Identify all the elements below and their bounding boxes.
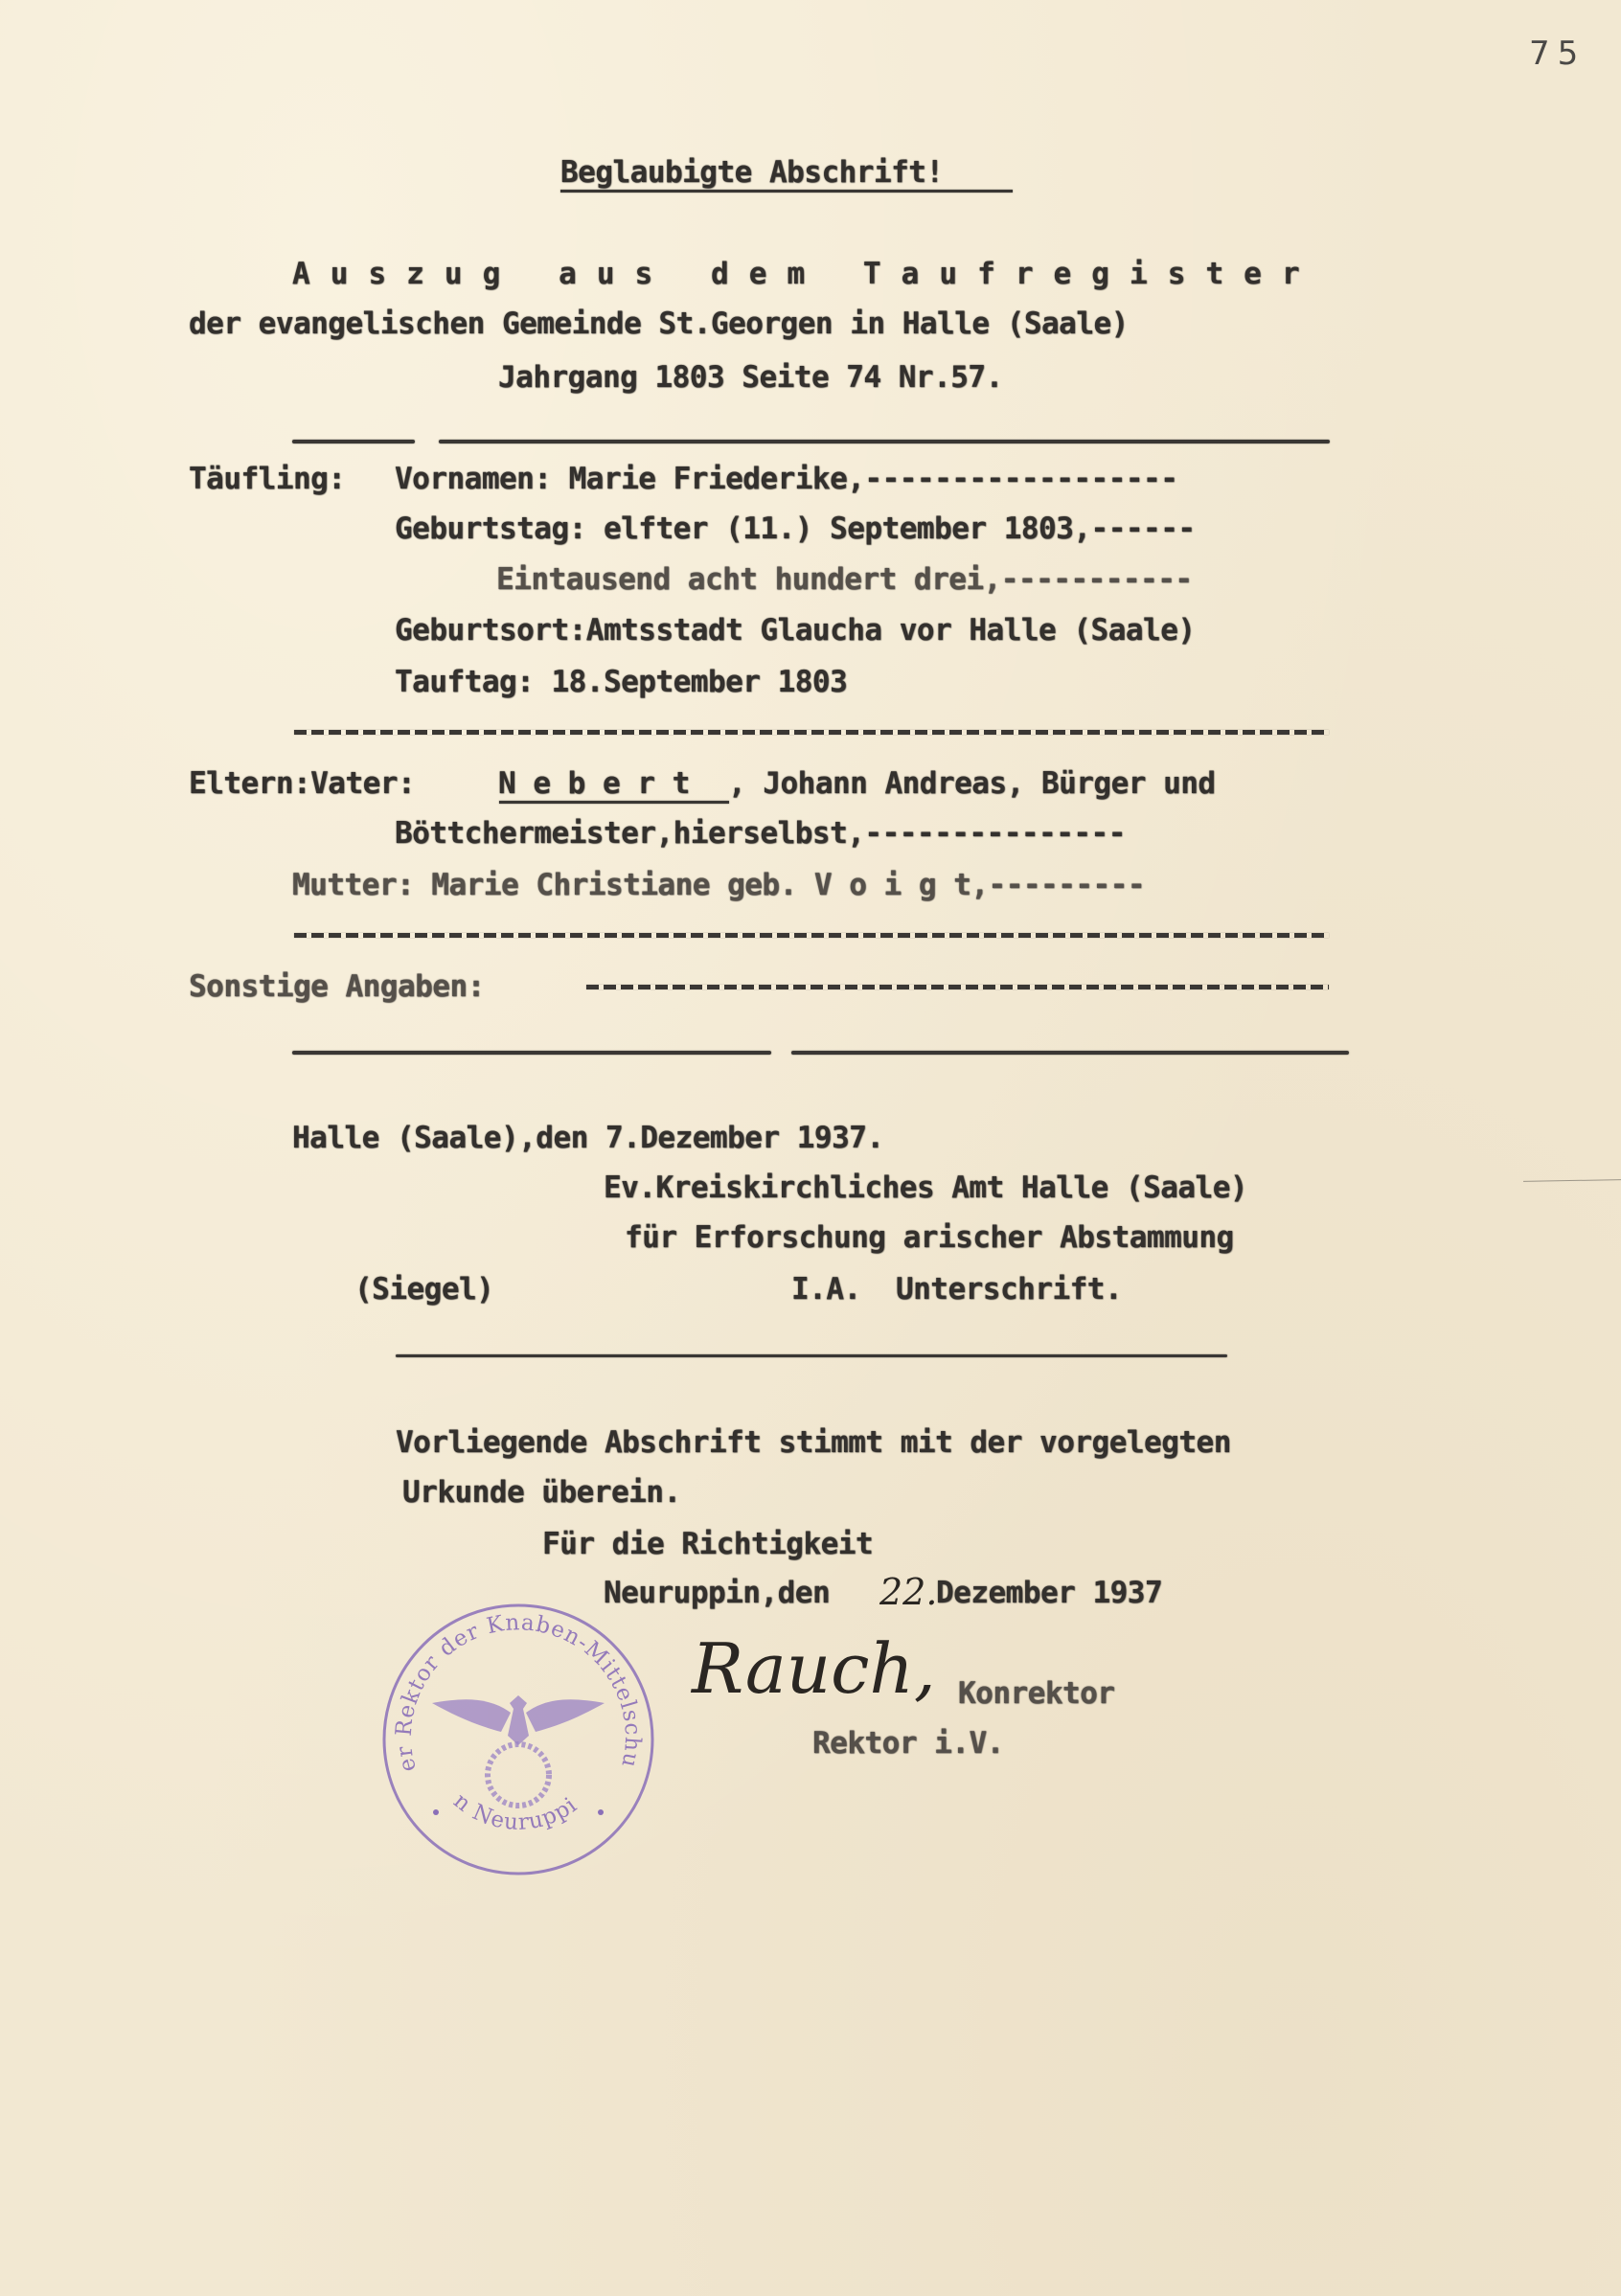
office-line-2: für Erforschung arischer Abstammung	[625, 1218, 1234, 1257]
certification-line-3: Für die Richtigkeit	[542, 1525, 873, 1563]
paper-crease	[1523, 1179, 1621, 1182]
register-heading: A u s z u g a u s d e m T a u f r e g i …	[292, 255, 1301, 293]
signatory-title-1: Konrektor	[958, 1674, 1114, 1713]
parents-label: Eltern:Vater:	[189, 764, 415, 803]
handwritten-signature: Rauch,	[692, 1628, 936, 1709]
office-line-1: Ev.Kreiskirchliches Amt Halle (Saale)	[604, 1169, 1247, 1207]
given-names-line: Vornamen: Marie Friederike,-------------…	[395, 460, 1177, 498]
father-occupation-line: Böttchermeister,hierselbst,-------------…	[395, 814, 1126, 852]
other-info-label: Sonstige Angaben:	[189, 967, 485, 1006]
separator-rule	[292, 440, 415, 443]
title-underline	[560, 190, 1013, 193]
birthplace-line: Geburtsort:Amtsstadt Glaucha vor Halle (…	[395, 611, 1196, 649]
handwritten-day: 22.	[879, 1571, 937, 1613]
separator-rule	[292, 1051, 771, 1055]
other-info-dashes	[586, 985, 1329, 989]
father-surname: N e b e r t	[498, 764, 690, 803]
seal-note: (Siegel)	[354, 1270, 493, 1308]
issue-place-date: Halle (Saale),den 7.Dezember 1937.	[292, 1119, 884, 1157]
certification-month-year: Dezember 1937	[936, 1574, 1162, 1612]
surname-underline	[499, 801, 729, 804]
signatory-title-2: Rektor i.V.	[812, 1724, 1004, 1762]
page-number: 75	[1529, 34, 1586, 73]
register-reference: Jahrgang 1803 Seite 74 Nr.57.	[498, 358, 1003, 397]
dashed-separator	[294, 730, 1329, 735]
father-details: , Johann Andreas, Bürger und	[728, 764, 1216, 803]
separator-rule	[791, 1051, 1349, 1055]
stamp-icon: Der Rektor der Knaben-Mittelschule in Ne…	[377, 1598, 660, 1881]
official-stamp: Der Rektor der Knaben-Mittelschule in Ne…	[377, 1598, 660, 1881]
dashed-separator	[294, 933, 1329, 938]
certification-line-1: Vorliegende Abschrift stimmt mit der vor…	[396, 1423, 1231, 1462]
parish-line: der evangelischen Gemeinde St.Georgen in…	[189, 305, 1129, 343]
separator-rule	[396, 1354, 1227, 1357]
birthday-line: Geburtstag: elfter (11.) September 1803,…	[395, 510, 1196, 548]
signature-note: I.A. Unterschrift.	[791, 1270, 1122, 1308]
document-title: Beglaubigte Abschrift!	[560, 153, 944, 192]
birthday-words-line: Eintausend acht hundert drei,-----------	[496, 560, 1193, 599]
baptized-label: Täufling:	[189, 460, 345, 498]
baptism-day-line: Tauftag: 18.September 1803	[395, 663, 847, 701]
separator-rule	[439, 440, 1330, 443]
certification-line-2: Urkunde überein.	[402, 1473, 681, 1512]
mother-line: Mutter: Marie Christiane geb. V o i g t,…	[292, 866, 1145, 904]
